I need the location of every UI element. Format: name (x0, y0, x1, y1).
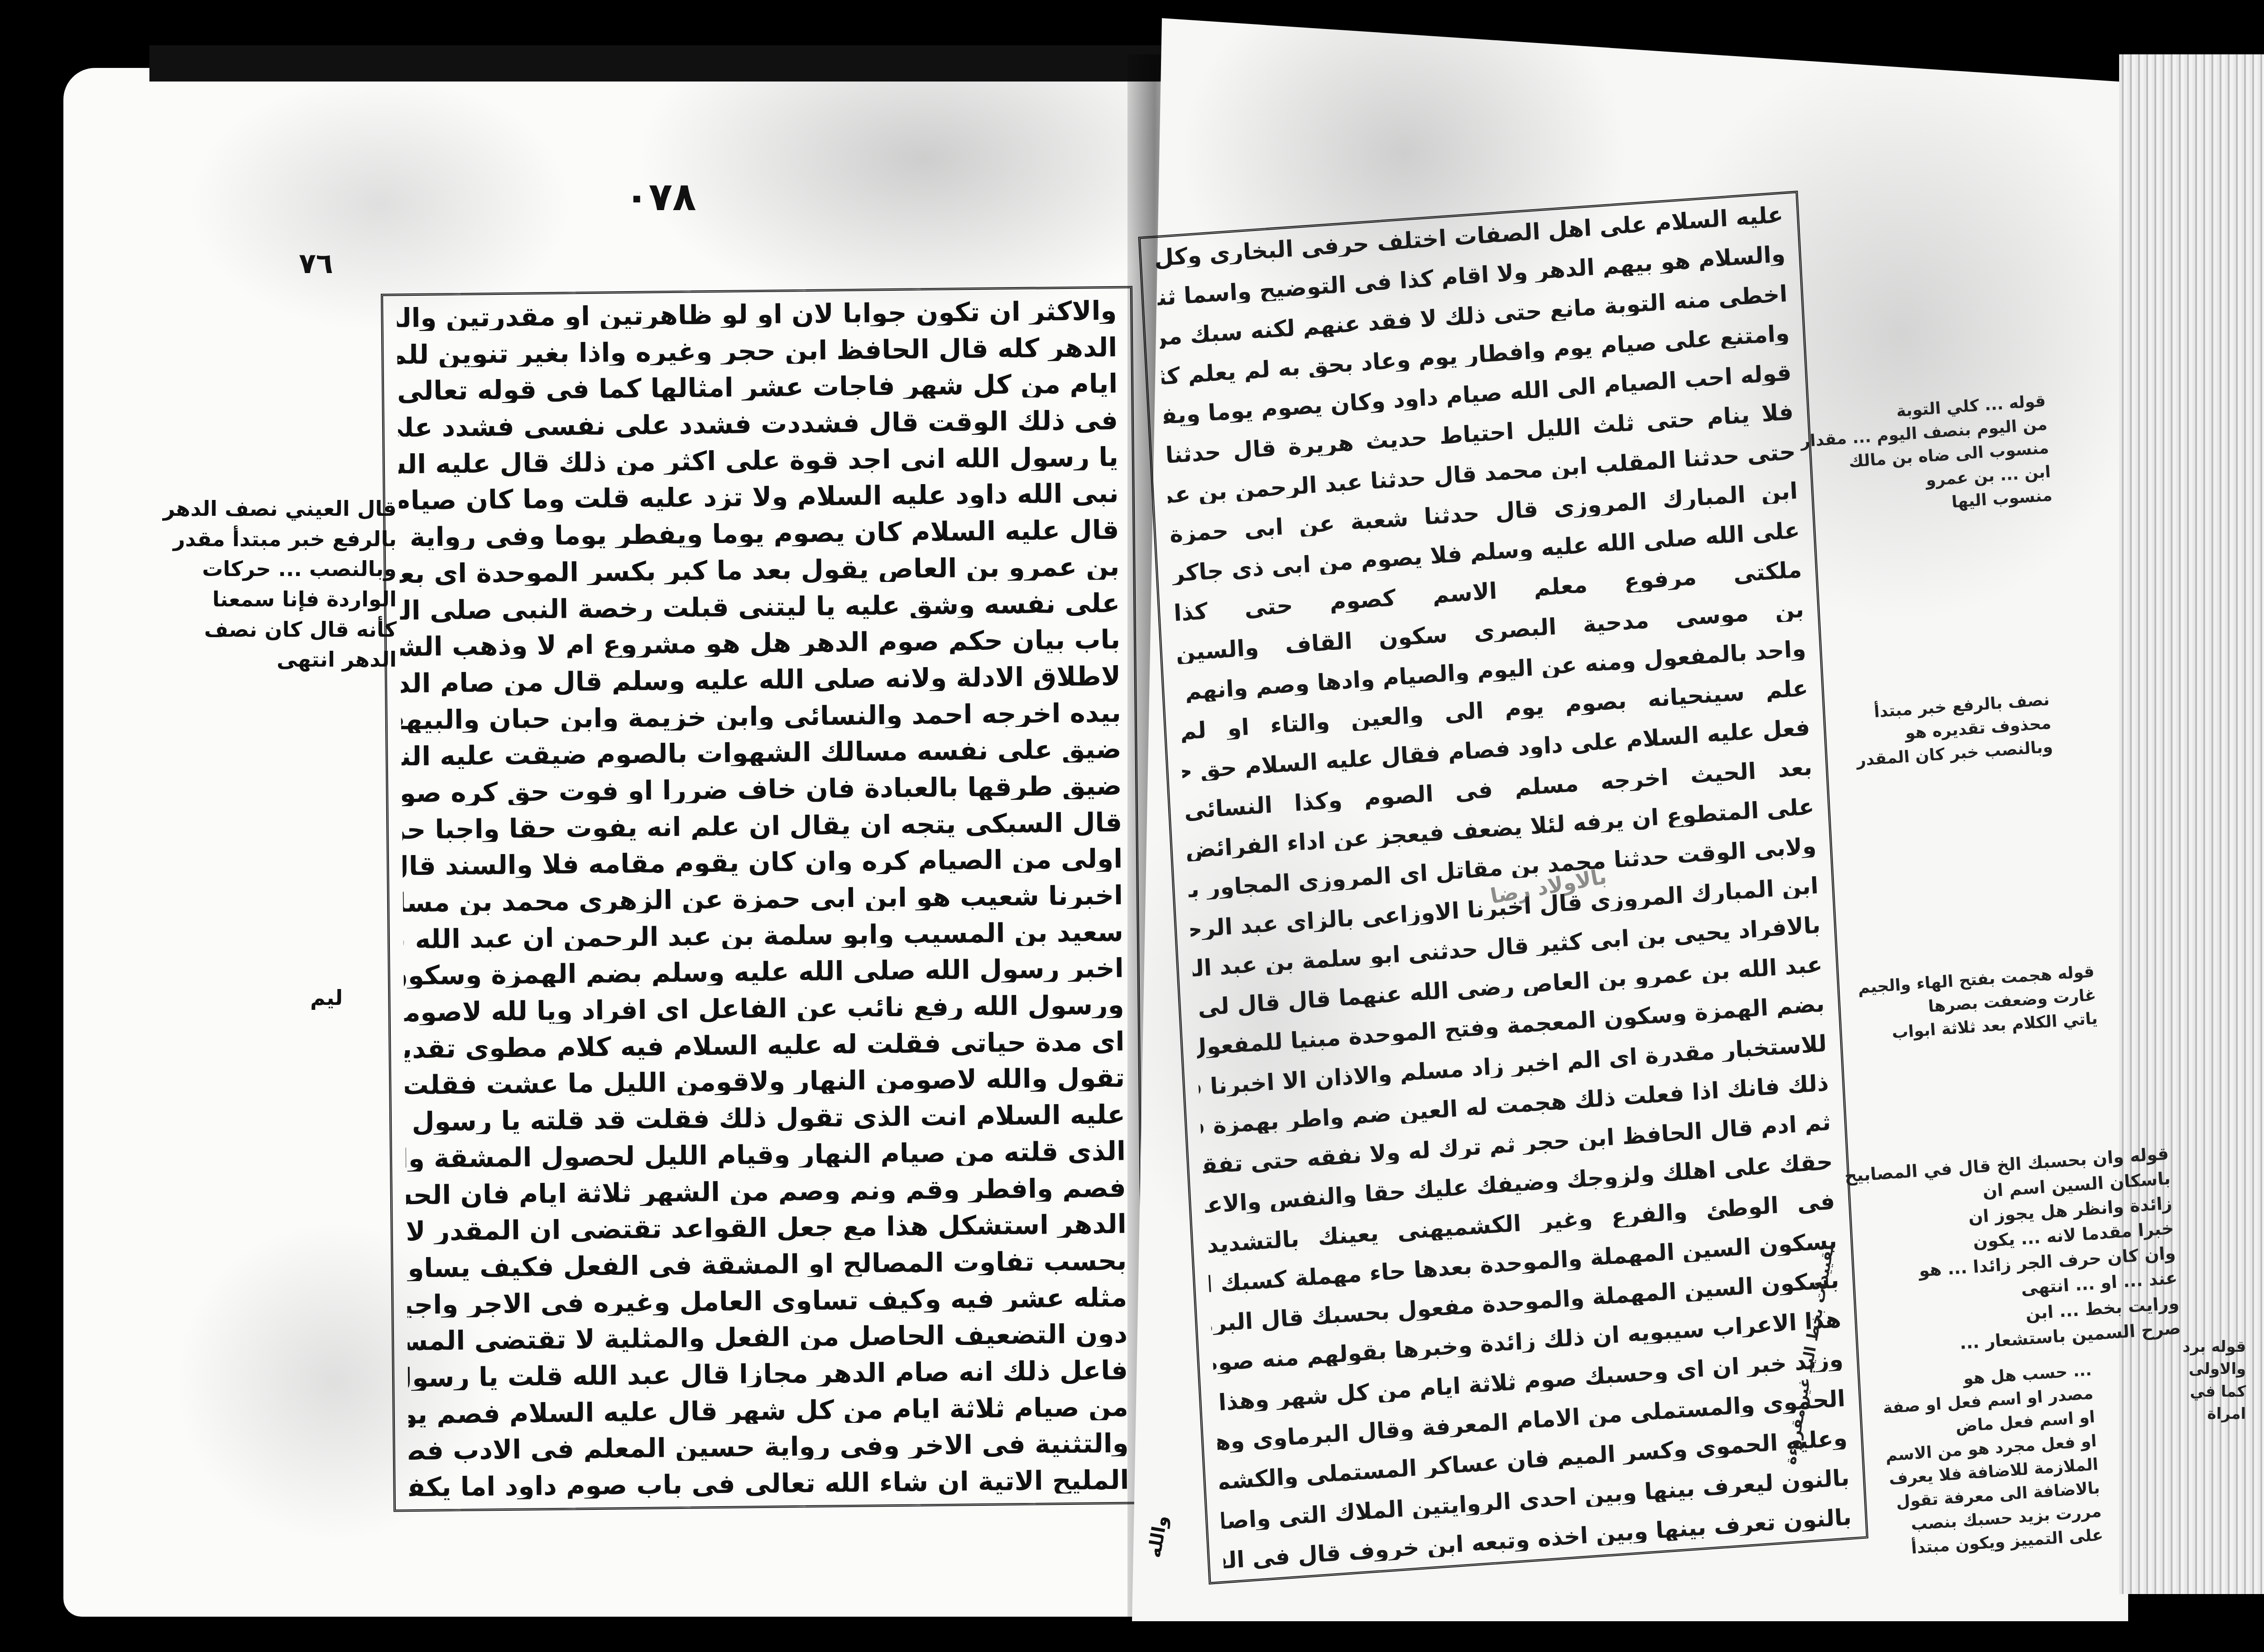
text-line: بيده اخرجه احمد والنسائي وابن خزيمة وابن… (401, 699, 1122, 733)
text-line: اخبرنا شعيب هو ابن ابي حمزة عن الزهري مح… (403, 882, 1123, 916)
text-line: فاعل ذلك انه صام الدهر مجازا قال عبد الل… (408, 1357, 1128, 1391)
text-line: من صيام ثلاثة ايام من كل شهر قال عليه ال… (408, 1393, 1129, 1427)
page-number-margin: ٧٦ (299, 247, 333, 280)
page-number-top: ٠٧٨ (625, 174, 696, 220)
margin-note-line: قوله برد (2182, 1336, 2246, 1358)
text-line: ورسول الله رفع نائب عن الفاعل اي افراد و… (404, 992, 1124, 1026)
text-line: باب بيان حكم صوم الدهر هل هو مشروع ام لا… (400, 626, 1121, 660)
scan-background: ٠٧٨ ٧٦ والاكثر ان تكون جوابا لان او لو ظ… (0, 0, 2264, 1652)
text-line: في ذلك الوقت قال فشددت فشدد علي نفسي فشد… (398, 407, 1118, 441)
text-line: بحسب تفاوت المصالح او المشقة في الفعل فك… (407, 1248, 1127, 1282)
text-line: فصم وافطر وقم ونم وصم من الشهر ثلاثة ايا… (406, 1174, 1126, 1208)
margin-note-line: الواردة فإنا سمعنا (163, 584, 397, 615)
text-line: يا رسول الله اني اجد قوة على اكثر من ذلك… (398, 443, 1119, 477)
text-line: الدهر استشكل هذا مع جعل القواعد تقتضي ان… (406, 1211, 1127, 1245)
text-line: الذي قلته من صيام النهار وقيام الليل لحص… (406, 1138, 1126, 1172)
text-line: والتثنية في الاخر وفي رواية حسين المعلم … (408, 1430, 1129, 1464)
margin-note-line: قال العيني نصف الدهر (163, 494, 397, 524)
text-line: لاطلاق الادلة ولانه صلى الله عليه وسلم ق… (401, 663, 1121, 697)
left-margin-note-small: ليم (310, 983, 343, 1013)
margin-note-line: ليم (310, 983, 343, 1013)
right-margin-note-lower-2: قوله وان بحسبك الخ قال في المصابيحباسكان… (1844, 1141, 2182, 1363)
text-line: المليح الاتية ان شاء الله تعالى في باب ص… (409, 1467, 1129, 1501)
next-page-edge-note: قوله بردوالاولىكما فيامراة (2182, 1336, 2246, 1425)
text-line: نبي الله داود عليه السلام ولا تزد عليه ق… (398, 480, 1119, 514)
margin-note-line: والاولى (2182, 1358, 2246, 1380)
right-margin-note-middle: نصف بالرفع خبر مبتدأمحذوف تقديره هووبالن… (1852, 688, 2053, 773)
text-line: ايام من كل شهر فاجات عشر امثالها كما في … (398, 370, 1118, 404)
margin-note-line: وبالنصب ... حركات (163, 554, 397, 584)
left-main-text: والاكثر ان تكون جوابا لان او لو ظاهرتين … (383, 288, 1143, 1509)
left-margin-note: قال العيني نصف الدهربالرفع خبر مبتدأ مقد… (163, 494, 397, 675)
text-line: عليه السلام انت الذي تقول ذلك فقلت قد قل… (405, 1101, 1126, 1135)
text-line: مثله عشر فيه وكيف تساوي العامل وغيره في … (407, 1284, 1127, 1318)
left-main-text-frame: والاكثر ان تكون جوابا لان او لو ظاهرتين … (381, 286, 1145, 1512)
text-line: والاكثر ان تكون جوابا لان او لو ظاهرتين … (397, 298, 1117, 331)
margin-note-line: امراة (2182, 1403, 2246, 1425)
text-line: بن عمرو بن العاص يقول بعد ما كبر بكسر ال… (399, 553, 1120, 587)
text-line: الدهر كله قال الحافظ ابن حجر وغيره واذا … (397, 334, 1118, 368)
text-line: اخبر رسول الله صلى الله عليه وسلم بضم ال… (403, 955, 1124, 989)
text-line: قال عليه السلام كان يصوم يوما ويفطر يوما… (399, 517, 1119, 551)
text-line: ضيق على نفسه مسالك الشهوات بالصوم ضيقت ع… (401, 736, 1122, 770)
right-margin-note-upper: قوله ... كلي التوبةمن اليوم بنصف اليوم .… (1798, 389, 2053, 524)
margin-note-line: كأنه قال كان نصف (163, 615, 397, 645)
margin-note-line: كما في (2182, 1381, 2246, 1403)
book-spine-shadow (149, 45, 1191, 82)
text-line: سعيد بن المسيب وابو سلمة بن عبد الرحمن ا… (403, 918, 1124, 952)
text-line: قال السبكي يتجه ان يقال ان علم انه يفوت … (402, 809, 1122, 843)
text-line: تقول والله لاصومن النهار ولاقومن الليل م… (405, 1065, 1125, 1099)
text-line: اي مدة حياتي فقلت له عليه السلام فيه كلا… (404, 1028, 1125, 1062)
text-line: دون التضعيف الحاصل من الفعل والمثلية لا … (408, 1321, 1128, 1354)
right-margin-note-bottom: ... حسب هل هومصدر او اسم فعل او صفةاو اس… (1880, 1359, 2104, 1562)
text-line: على نفسه وشق عليه يا ليتني قبلت رخصة الن… (400, 590, 1120, 624)
margin-note-line: الدهر انتهى (163, 644, 397, 675)
text-line: اولى من الصيام كره وان كان يقوم مقامه فل… (403, 845, 1123, 879)
text-line: ضيق طرقها بالعبادة فان خاف ضررا او فوت ح… (402, 773, 1122, 807)
margin-note-line: بالرفع خبر مبتدأ مقدر (163, 524, 397, 554)
